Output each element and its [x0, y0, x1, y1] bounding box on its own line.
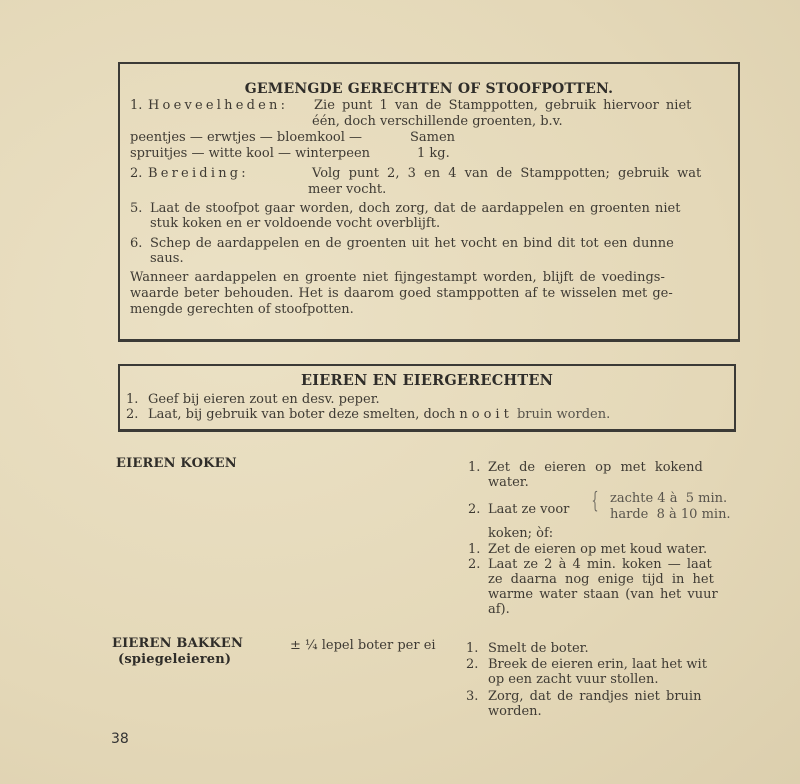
page-number: 38: [111, 731, 129, 747]
koken-step1-line1: Zet de eieren op met kokend: [488, 460, 734, 475]
koken-alt2-line2: ze daarna nog enige tijd in het: [488, 572, 714, 587]
koken-step2-number: 2.: [468, 502, 480, 517]
koken-alt1-number: 1.: [468, 542, 480, 557]
brace-icon: {: [592, 491, 599, 513]
item2-line2: meer vocht.: [308, 182, 386, 197]
eieren-item2-text: Laat, bij gebruik van boter deze smelten…: [148, 407, 610, 422]
veg-line1-qty: Samen: [410, 130, 455, 145]
koken-of: koken; òf:: [488, 526, 553, 541]
item1-number: 1.: [130, 98, 142, 113]
item1-line2: één, doch verschillende groenten, b.v.: [312, 114, 563, 129]
koken-alt2-line4: af).: [488, 602, 510, 617]
bakken-step3-number: 3.: [466, 689, 478, 704]
eieren-item2-before: Laat, bij gebruik van boter deze smelten…: [148, 407, 455, 422]
item2-number: 2.: [130, 166, 142, 181]
stoofpotten-title: GEMENGDE GERECHTEN OF STOOFPOTTEN.: [120, 81, 738, 97]
item1-line1: Zie punt 1 van de Stamppotten, gebruik h…: [314, 98, 730, 113]
veg-line2: spruitjes — witte kool — winterpeen: [130, 146, 370, 161]
eieren-item2-emphasis: nooit: [459, 407, 512, 422]
koken-option-hard: harde 8 à 10 min.: [610, 507, 731, 522]
bakken-step1-text: Smelt de boter.: [488, 641, 589, 656]
koken-step2-text: Laat ze voor: [488, 502, 569, 517]
note-line3: mengde gerechten of stoofpotten.: [130, 302, 354, 317]
veg-line1: peentjes — erwtjes — bloemkool —: [130, 130, 362, 145]
book-page: GEMENGDE GERECHTEN OF STOOFPOTTEN. 1. Ho…: [0, 0, 800, 784]
bakken-step3-line1: Zorg, dat de randjes niet bruin: [488, 689, 701, 704]
eieren-bakken-heading: EIEREN BAKKEN: [112, 636, 243, 651]
koken-alt2-line1: Laat ze 2 à 4 min. koken — laat: [488, 557, 712, 572]
item5-line2: stuk koken en er voldoende vocht overbli…: [150, 216, 440, 231]
koken-step1-line2: water.: [488, 475, 529, 490]
eieren-item2-after: bruin worden.: [517, 407, 610, 422]
eieren-title: EIEREN EN EIERGERECHTEN: [120, 372, 734, 389]
koken-alt2-number: 2.: [468, 557, 480, 572]
koken-alt1-text: Zet de eieren op met koud water.: [488, 542, 707, 557]
item6-number: 6.: [130, 236, 142, 251]
item5-number: 5.: [130, 201, 142, 216]
eieren-item1-number: 1.: [126, 392, 138, 407]
bakken-step1-number: 1.: [466, 641, 478, 656]
bakken-step2-line1: Breek de eieren erin, laat het wit: [488, 657, 707, 672]
koken-step1-number: 1.: [468, 460, 480, 475]
eieren-bakken-subheading: (spiegeleieren): [118, 652, 231, 667]
bakken-step2-number: 2.: [466, 657, 478, 672]
eieren-item1-text: Geef bij eieren zout en desv. peper.: [148, 392, 380, 407]
bakken-step2-line2: op een zacht vuur stollen.: [488, 672, 658, 687]
item2-line1: Volg punt 2, 3 en 4 van de Stamppotten; …: [312, 166, 701, 181]
bakken-ingredient: ± ¼ lepel boter per ei: [290, 638, 436, 653]
item6-line2: saus.: [150, 251, 184, 266]
note-line1: Wanneer aardappelen en groente niet fijn…: [130, 270, 665, 285]
bakken-step3-line2: worden.: [488, 704, 542, 719]
item2-label: Bereiding:: [148, 166, 249, 181]
koken-option-zacht: zachte 4 à 5 min.: [610, 491, 727, 506]
veg-line2-qty: 1 kg.: [417, 146, 450, 161]
item5-line1: Laat de stoofpot gaar worden, doch zorg,…: [150, 201, 680, 216]
eieren-koken-heading: EIEREN KOKEN: [116, 456, 237, 471]
item1-label: Hoeveelheden:: [148, 98, 288, 113]
item6-line1: Schep de aardappelen en de groenten uit …: [150, 236, 674, 251]
koken-alt2-line3: warme water staan (van het vuur: [488, 587, 718, 602]
eieren-item2-number: 2.: [126, 407, 138, 422]
note-line2: waarde beter behouden. Het is daarom goe…: [130, 286, 673, 301]
